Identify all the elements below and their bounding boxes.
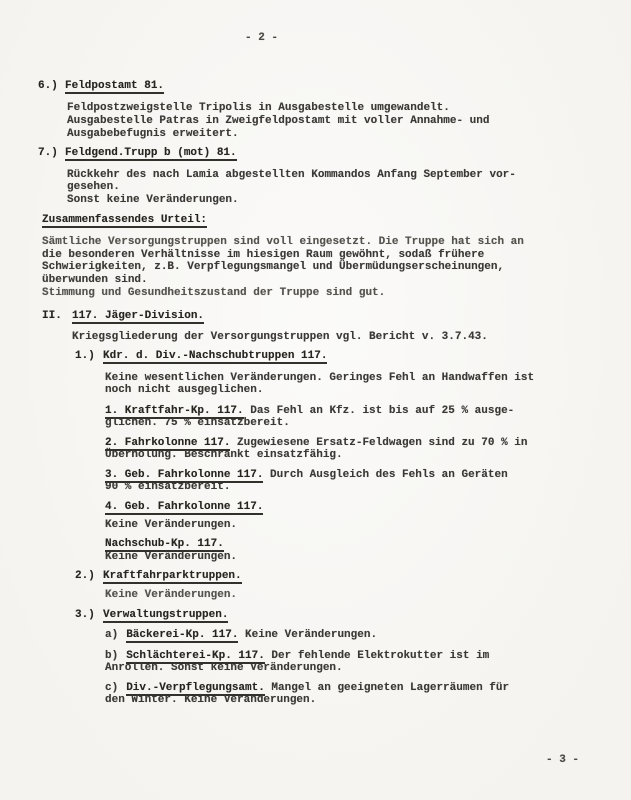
sub-1-heading: 1.)Kdr. d. Div.-Nachschubtruppen 117. xyxy=(75,350,327,363)
item-7-body-line: gesehen. xyxy=(67,181,120,194)
division-title: 117. Jäger-Division. xyxy=(72,310,204,324)
sub-3-number: 3.) xyxy=(75,609,103,622)
unit-text: Das Fehl an Kfz. ist bis auf 25 % ausge- xyxy=(244,405,515,417)
unit-continuation-line: Überholung. Beschränkt einsatzfähig. xyxy=(105,449,343,462)
summary-body-line: Stimmung und Gesundheitszustand der Trup… xyxy=(42,287,385,300)
sub-1-number: 1.) xyxy=(75,350,103,363)
summary-body-line: Schwierigkeiten, z.B. Verpflegungsmangel… xyxy=(42,261,504,274)
letter-label: c) xyxy=(105,682,118,694)
summary-heading: Zusammenfassendes Urteil: xyxy=(42,214,207,227)
page-number-header: - 2 - xyxy=(245,32,278,45)
scanned-document-page: - 2 - 6.)Feldpostamt 81. Feldpostzweigst… xyxy=(0,0,631,800)
sub-2-body-line: Keine Veränderungen. xyxy=(105,589,237,602)
unit-continuation-line: Keine Veränderungen. xyxy=(105,551,237,564)
unit-label: Nachschub-Kp. 117. xyxy=(105,538,224,552)
lettered-item-continuation: den Winter. Keine Veränderungen. xyxy=(105,694,316,707)
unit-text: Mangel an geeigneten Lagerräumen für xyxy=(265,682,509,694)
unit-continuation-line: glichen. 75 % einsatzbereit. xyxy=(105,417,290,430)
item-6-number: 6.) xyxy=(38,80,65,93)
lettered-item-continuation: Anrollen. Sonst keine Veränderungen. xyxy=(105,662,343,675)
unit-continuation-line: Keine Veränderungen. xyxy=(105,519,237,532)
page-number-footer: - 3 - xyxy=(546,754,579,767)
letter-label: a) xyxy=(105,629,118,641)
sub-1-title: Kdr. d. Div.-Nachschubtruppen 117. xyxy=(103,350,327,364)
summary-title: Zusammenfassendes Urteil: xyxy=(42,214,207,228)
item-6-body-line: Ausgabebefugnis erweitert. xyxy=(67,128,239,141)
unit-text: Zugewiesene Ersatz-Feldwagen sind zu 70 … xyxy=(230,437,527,449)
sub-2-title: Kraftfahrparktruppen. xyxy=(103,570,242,584)
sub-3-title: Verwaltungstruppen. xyxy=(103,609,228,623)
unit-line: Nachschub-Kp. 117. xyxy=(105,538,224,551)
item-6-body-line: Ausgabestelle Patras in Zweigfeldpostamt… xyxy=(67,115,489,128)
sub-2-heading: 2.)Kraftfahrparktruppen. xyxy=(75,570,242,583)
unit-text: Der fehlende Elektrokutter ist im xyxy=(265,650,489,662)
summary-body-line: überwunden sind. xyxy=(42,274,148,287)
summary-body-line: Sämtliche Versorgungstruppen sind voll e… xyxy=(42,236,524,249)
sub-2-number: 2.) xyxy=(75,570,103,583)
sub-1-body-line: noch nicht ausgeglichen. xyxy=(105,384,263,397)
division-intro-line: Kriegsgliederung der Versorgungstruppen … xyxy=(72,331,488,344)
item-6-title: Feldpostamt 81. xyxy=(65,80,164,94)
item-7-title: Feldgend.Trupp b (mot) 81. xyxy=(65,147,237,161)
item-7-heading: 7.)Feldgend.Trupp b (mot) 81. xyxy=(38,147,237,160)
sub-3-heading: 3.)Verwaltungstruppen. xyxy=(75,609,228,622)
unit-label: 4. Geb. Fahrkolonne 117. xyxy=(105,501,263,515)
letter-label: b) xyxy=(105,650,118,662)
unit-text: Keine Veränderungen. xyxy=(238,629,377,641)
division-heading: II.117. Jäger-Division. xyxy=(42,310,204,323)
item-7-body-line: Rückkehr des nach Lamia abgestellten Kom… xyxy=(67,169,516,182)
unit-text: Durch Ausgleich des Fehls an Geräten xyxy=(263,469,507,481)
division-roman-numeral: II. xyxy=(42,310,72,323)
unit-label: Bäckerei-Kp. 117. xyxy=(126,629,238,643)
item-7-body-line: Sonst keine Veränderungen. xyxy=(67,194,239,207)
item-6-heading: 6.)Feldpostamt 81. xyxy=(38,80,164,93)
unit-continuation-line: 90 % einsatzbereit. xyxy=(105,481,230,494)
item-6-body-line: Feldpostzweigstelle Tripolis in Ausgabes… xyxy=(67,102,450,115)
item-7-number: 7.) xyxy=(38,147,65,160)
unit-line: 4. Geb. Fahrkolonne 117. xyxy=(105,501,263,514)
lettered-item: a)Bäckerei-Kp. 117. Keine Veränderungen. xyxy=(105,629,377,642)
